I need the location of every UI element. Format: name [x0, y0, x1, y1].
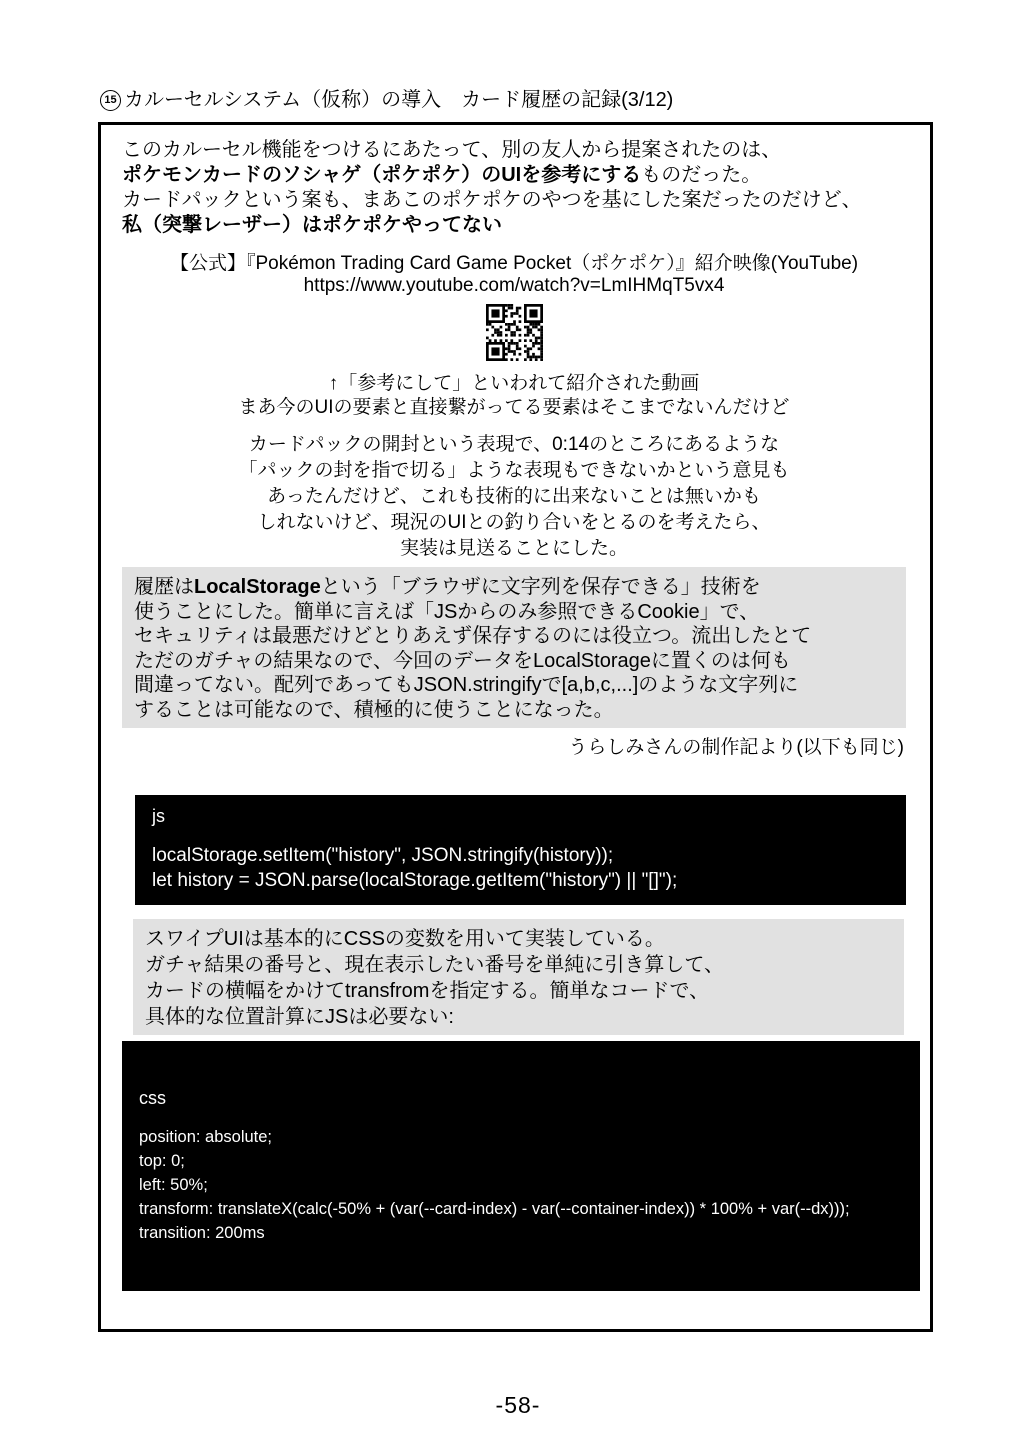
video-note-line: ↑「参考にして」といわれて紹介された動画 [122, 372, 906, 396]
page-title-text: カルーセルシステム（仮称）の導入 カード履歴の記録(3/12) [124, 88, 673, 112]
qr-code-icon [486, 304, 543, 361]
page-number: -58- [0, 1392, 1036, 1419]
intro-rest-text: ものだった。 [641, 164, 761, 186]
css-code-line: top: 0; [139, 1149, 904, 1173]
swipe-note-line: カードの横幅をかけてtransfromを指定する。簡単なコードで、 [145, 978, 892, 1004]
storage-note-line: 間違ってない。配列であってもJSON.stringifyで[a,b,c,...]… [134, 673, 894, 698]
intro-bold-text: ポケモンカードのソシャゲ（ポケポケ）のUIを参考にする [122, 164, 641, 186]
pack-note-line: あったんだけど、これも技術的に出来ないことは無いかも [122, 484, 906, 510]
swipe-note-line: 具体的な位置計算にJSは必要ない: [145, 1004, 892, 1030]
intro-line: カードパックという案も、まあこのポケポケのやつを基にした案だったのだけど、 [122, 188, 906, 213]
attribution-text: うらしみさんの制作記より(以下も同じ) [122, 737, 906, 759]
css-code-line: transform: translateX(calc(-50% + (var(-… [139, 1197, 904, 1221]
storage-note-line: 履歴はLocalStorageという「ブラウザに文字列を保存できる」技術を [134, 575, 894, 600]
page-title: 15 カルーセルシステム（仮称）の導入 カード履歴の記録(3/12) [100, 88, 673, 112]
swipe-note-line: ガチャ結果の番号と、現在表示したい番号を単純に引き算して、 [145, 952, 892, 978]
video-note-line: まあ今のUIの要素と直接繋がってる要素はそこまでないんだけど [122, 396, 906, 420]
js-code-block: js localStorage.setItem("history", JSON.… [135, 795, 906, 905]
css-code-line: position: absolute; [139, 1125, 904, 1149]
js-code-line: localStorage.setItem("history", JSON.str… [152, 843, 889, 868]
css-code-label: css [139, 1087, 904, 1109]
storage-note-rest: という「ブラウザに文字列を保存できる」技術を [321, 576, 761, 598]
storage-note-bold: LocalStorage [194, 576, 321, 598]
js-code-content: localStorage.setItem("history", JSON.str… [152, 843, 889, 893]
intro-line: ポケモンカードのソシャゲ（ポケポケ）のUIを参考にするものだった。 [122, 163, 906, 188]
swipe-note-line: スワイプUIは基本的にCSSの変数を用いて実装している。 [145, 926, 892, 952]
css-code-line: left: 50%; [139, 1173, 904, 1197]
official-video-caption: 【公式】『Pokémon Trading Card Game Pocket（ポケ… [122, 253, 906, 275]
storage-note-line: ただのガチャの結果なので、今回のデータをLocalStorageに置くのは何も [134, 649, 894, 674]
qr-code-container [122, 304, 906, 361]
official-video-reference: 【公式】『Pokémon Trading Card Game Pocket（ポケ… [122, 253, 906, 297]
video-note: ↑「参考にして」といわれて紹介された動画 まあ今のUIの要素と直接繋がってる要素… [122, 372, 906, 420]
circled-number-15-icon: 15 [100, 90, 121, 111]
intro-line: このカルーセル機能をつけるにあたって、別の友人から提案されたのは、 [122, 138, 906, 163]
official-video-url: https://www.youtube.com/watch?v=LmIHMqT5… [122, 275, 906, 297]
pack-opening-note: カードパックの開封という表現で、0:14のところにあるような 「パックの封を指で… [122, 432, 906, 562]
storage-note-line: 使うことにした。簡単に言えば「JSからのみ参照できるCookie」で、 [134, 600, 894, 625]
css-code-content: position: absolute; top: 0; left: 50%; t… [139, 1125, 904, 1245]
pack-note-line: 「パックの封を指で切る」ような表現もできないかという意見も [122, 458, 906, 484]
intro-bold-line: 私（突撃レーザー）はポケポケやってない [122, 213, 906, 238]
pack-note-line: しれないけど、現況のUIとの釣り合いをとるのを考えたら、 [122, 510, 906, 536]
pack-note-line: カードパックの開封という表現で、0:14のところにあるような [122, 432, 906, 458]
css-code-line: transition: 200ms [139, 1221, 904, 1245]
pack-note-line: 実装は見送ることにした。 [122, 536, 906, 562]
intro-paragraph: このカルーセル機能をつけるにあたって、別の友人から提案されたのは、 ポケモンカー… [122, 138, 906, 238]
js-code-line: let history = JSON.parse(localStorage.ge… [152, 868, 889, 893]
js-code-label: js [152, 805, 889, 827]
storage-note-prefix: 履歴は [134, 576, 194, 598]
document-page: 15 カルーセルシステム（仮称）の導入 カード履歴の記録(3/12) このカルー… [0, 0, 1036, 1450]
localstorage-note-box: 履歴はLocalStorageという「ブラウザに文字列を保存できる」技術を 使う… [122, 567, 906, 728]
storage-note-line: セキュリティは最悪だけどとりあえず保存するのには役立つ。流出したとて [134, 624, 894, 649]
storage-note-line: することは可能なので、積極的に使うことになった。 [134, 698, 894, 723]
css-code-block: css position: absolute; top: 0; left: 50… [122, 1041, 920, 1291]
swipe-ui-note-box: スワイプUIは基本的にCSSの変数を用いて実装している。 ガチャ結果の番号と、現… [133, 919, 904, 1035]
content-frame: このカルーセル機能をつけるにあたって、別の友人から提案されたのは、 ポケモンカー… [98, 122, 933, 1332]
